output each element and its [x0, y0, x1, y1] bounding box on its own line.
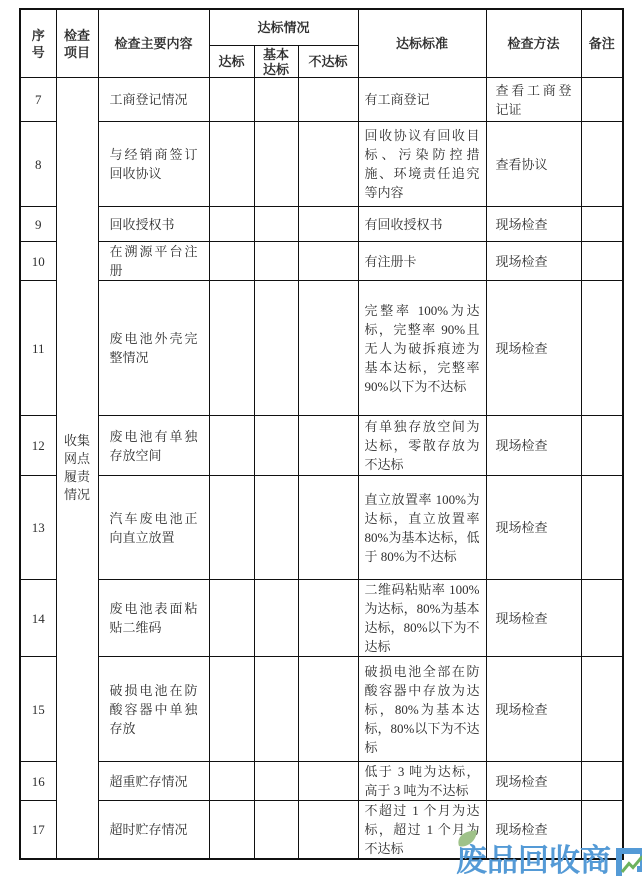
- header-status-pass: 达标: [209, 46, 254, 78]
- table-row: 7 收集网点履责情况 工商登记情况 有工商登记 查看工商登记证: [20, 78, 623, 122]
- cell-status-basic: [254, 78, 298, 122]
- cell-status-fail: [298, 762, 358, 801]
- cell-seq: 17: [20, 801, 56, 860]
- header-method: 检查方法: [486, 9, 581, 78]
- table-row: 16 超重贮存情况 低于 3 吨为达标，高于 3 吨为不达标 现场检查: [20, 762, 623, 801]
- cell-standard: 二维码粘贴率 100%为达标，80%为基本达标，80%以下为不达标: [358, 580, 486, 657]
- cell-method: 查看工商登记证: [486, 78, 581, 122]
- cell-status-basic: [254, 281, 298, 416]
- cell-status-fail: [298, 476, 358, 580]
- cell-content: 废电池有单独存放空间: [98, 416, 209, 476]
- cell-standard: 直立放置率 100%为达标，直立放置率 80%为基本达标，低于 80%为不达标: [358, 476, 486, 580]
- cell-status-fail: [298, 416, 358, 476]
- cell-method: 现场检查: [486, 281, 581, 416]
- table-row: 9 回收授权书 有回收授权书 现场检查: [20, 207, 623, 242]
- cell-note: [581, 281, 623, 416]
- cell-status-pass: [209, 801, 254, 860]
- cell-status-pass: [209, 207, 254, 242]
- cell-standard: 完整率 100%为达标，完整率 90%且无人为破拆痕迹为基本达标，完整率 90%…: [358, 281, 486, 416]
- header-content: 检查主要内容: [98, 9, 209, 78]
- header-standard: 达标标准: [358, 9, 486, 78]
- cell-status-pass: [209, 281, 254, 416]
- cell-status-fail: [298, 801, 358, 860]
- cell-seq: 9: [20, 207, 56, 242]
- cell-seq: 13: [20, 476, 56, 580]
- cell-seq: 15: [20, 657, 56, 762]
- cell-status-pass: [209, 476, 254, 580]
- cell-status-fail: [298, 78, 358, 122]
- cell-content: 回收授权书: [98, 207, 209, 242]
- cell-method: 现场检查: [486, 416, 581, 476]
- cell-status-pass: [209, 78, 254, 122]
- cell-note: [581, 78, 623, 122]
- cell-note: [581, 416, 623, 476]
- cell-note: [581, 207, 623, 242]
- table-row: 13 汽车废电池正向直立放置 直立放置率 100%为达标，直立放置率 80%为基…: [20, 476, 623, 580]
- cell-content: 废电池表面粘贴二维码: [98, 580, 209, 657]
- cell-status-fail: [298, 281, 358, 416]
- watermark-text: 废品回收商: [456, 845, 611, 876]
- header-seq: 序号: [20, 9, 56, 78]
- cell-item-group: 收集网点履责情况: [56, 78, 98, 860]
- cell-standard: 有注册卡: [358, 242, 486, 281]
- cell-standard: 破损电池全部在防酸容器中存放为达标，80%为基本达标，80%以下为不达标: [358, 657, 486, 762]
- cell-status-basic: [254, 416, 298, 476]
- header-status-basic: 基本达标: [254, 46, 298, 78]
- cell-status-pass: [209, 580, 254, 657]
- cell-note: [581, 580, 623, 657]
- table-row: 15 破损电池在防酸容器中单独存放 破损电池全部在防酸容器中存放为达标，80%为…: [20, 657, 623, 762]
- cell-method: 现场检查: [486, 580, 581, 657]
- cell-standard: 回收协议有回收目标、污染防控措施、环境责任追究等内容: [358, 122, 486, 207]
- cell-status-basic: [254, 801, 298, 860]
- cell-method: 现场检查: [486, 242, 581, 281]
- cell-standard: 有单独存放空间为达标，零散存放为不达标: [358, 416, 486, 476]
- cell-seq: 8: [20, 122, 56, 207]
- table-row: 12 废电池有单独存放空间 有单独存放空间为达标，零散存放为不达标 现场检查: [20, 416, 623, 476]
- table-row: 11 废电池外壳完整情况 完整率 100%为达标，完整率 90%且无人为破拆痕迹…: [20, 281, 623, 416]
- cell-note: [581, 242, 623, 281]
- cell-status-fail: [298, 657, 358, 762]
- cell-status-fail: [298, 207, 358, 242]
- header-status-fail: 不达标: [298, 46, 358, 78]
- cell-method: 现场检查: [486, 762, 581, 801]
- cell-standard: 有工商登记: [358, 78, 486, 122]
- cell-content: 破损电池在防酸容器中单独存放: [98, 657, 209, 762]
- cell-status-basic: [254, 242, 298, 281]
- cell-status-basic: [254, 762, 298, 801]
- header-note: 备注: [581, 9, 623, 78]
- table-row: 10 在溯源平台注册 有注册卡 现场检查: [20, 242, 623, 281]
- table-row: 8 与经销商签订回收协议 回收协议有回收目标、污染防控措施、环境责任追究等内容 …: [20, 122, 623, 207]
- cell-method: 现场检查: [486, 657, 581, 762]
- cell-seq: 16: [20, 762, 56, 801]
- cell-status-pass: [209, 242, 254, 281]
- header-status: 达标情况: [209, 9, 358, 46]
- cell-note: [581, 122, 623, 207]
- cell-status-pass: [209, 416, 254, 476]
- cell-content: 在溯源平台注册: [98, 242, 209, 281]
- cell-seq: 14: [20, 580, 56, 657]
- cell-method: 现场检查: [486, 476, 581, 580]
- cell-content: 废电池外壳完整情况: [98, 281, 209, 416]
- cell-standard: 有回收授权书: [358, 207, 486, 242]
- item-group-label: 收集网点履责情况: [64, 432, 90, 504]
- table-row: 14 废电池表面粘贴二维码 二维码粘贴率 100%为达标，80%为基本达标，80…: [20, 580, 623, 657]
- cell-status-fail: [298, 122, 358, 207]
- header-seq-label: 序号: [32, 27, 45, 61]
- inspection-table: 序号 检查项目 检查主要内容 达标情况 达标标准 检查方法 备注 达标 基本达标…: [19, 8, 624, 860]
- cell-standard: 低于 3 吨为达标，高于 3 吨为不达标: [358, 762, 486, 801]
- cell-note: [581, 762, 623, 801]
- cell-content: 超时贮存情况: [98, 801, 209, 860]
- trend-chart-icon: [613, 845, 642, 876]
- cell-status-pass: [209, 657, 254, 762]
- cell-note: [581, 476, 623, 580]
- cell-seq: 10: [20, 242, 56, 281]
- cell-method: 查看协议: [486, 122, 581, 207]
- cell-content: 与经销商签订回收协议: [98, 122, 209, 207]
- cell-status-pass: [209, 122, 254, 207]
- document-page: 序号 检查项目 检查主要内容 达标情况 达标标准 检查方法 备注 达标 基本达标…: [0, 0, 642, 877]
- header-status-basic-label: 基本达标: [263, 47, 289, 77]
- cell-status-basic: [254, 476, 298, 580]
- cell-status-pass: [209, 762, 254, 801]
- header-item-label: 检查项目: [64, 27, 90, 61]
- cell-status-basic: [254, 122, 298, 207]
- cell-status-basic: [254, 657, 298, 762]
- cell-content: 工商登记情况: [98, 78, 209, 122]
- cell-seq: 7: [20, 78, 56, 122]
- cell-status-basic: [254, 580, 298, 657]
- cell-status-basic: [254, 207, 298, 242]
- watermark-logo: 废品回收商: [456, 845, 642, 876]
- header-item: 检查项目: [56, 9, 98, 78]
- cell-content: 超重贮存情况: [98, 762, 209, 801]
- cell-note: [581, 657, 623, 762]
- cell-status-fail: [298, 242, 358, 281]
- cell-method: 现场检查: [486, 207, 581, 242]
- cell-content: 汽车废电池正向直立放置: [98, 476, 209, 580]
- header-row-1: 序号 检查项目 检查主要内容 达标情况 达标标准 检查方法 备注: [20, 9, 623, 46]
- cell-seq: 12: [20, 416, 56, 476]
- cell-seq: 11: [20, 281, 56, 416]
- cell-status-fail: [298, 580, 358, 657]
